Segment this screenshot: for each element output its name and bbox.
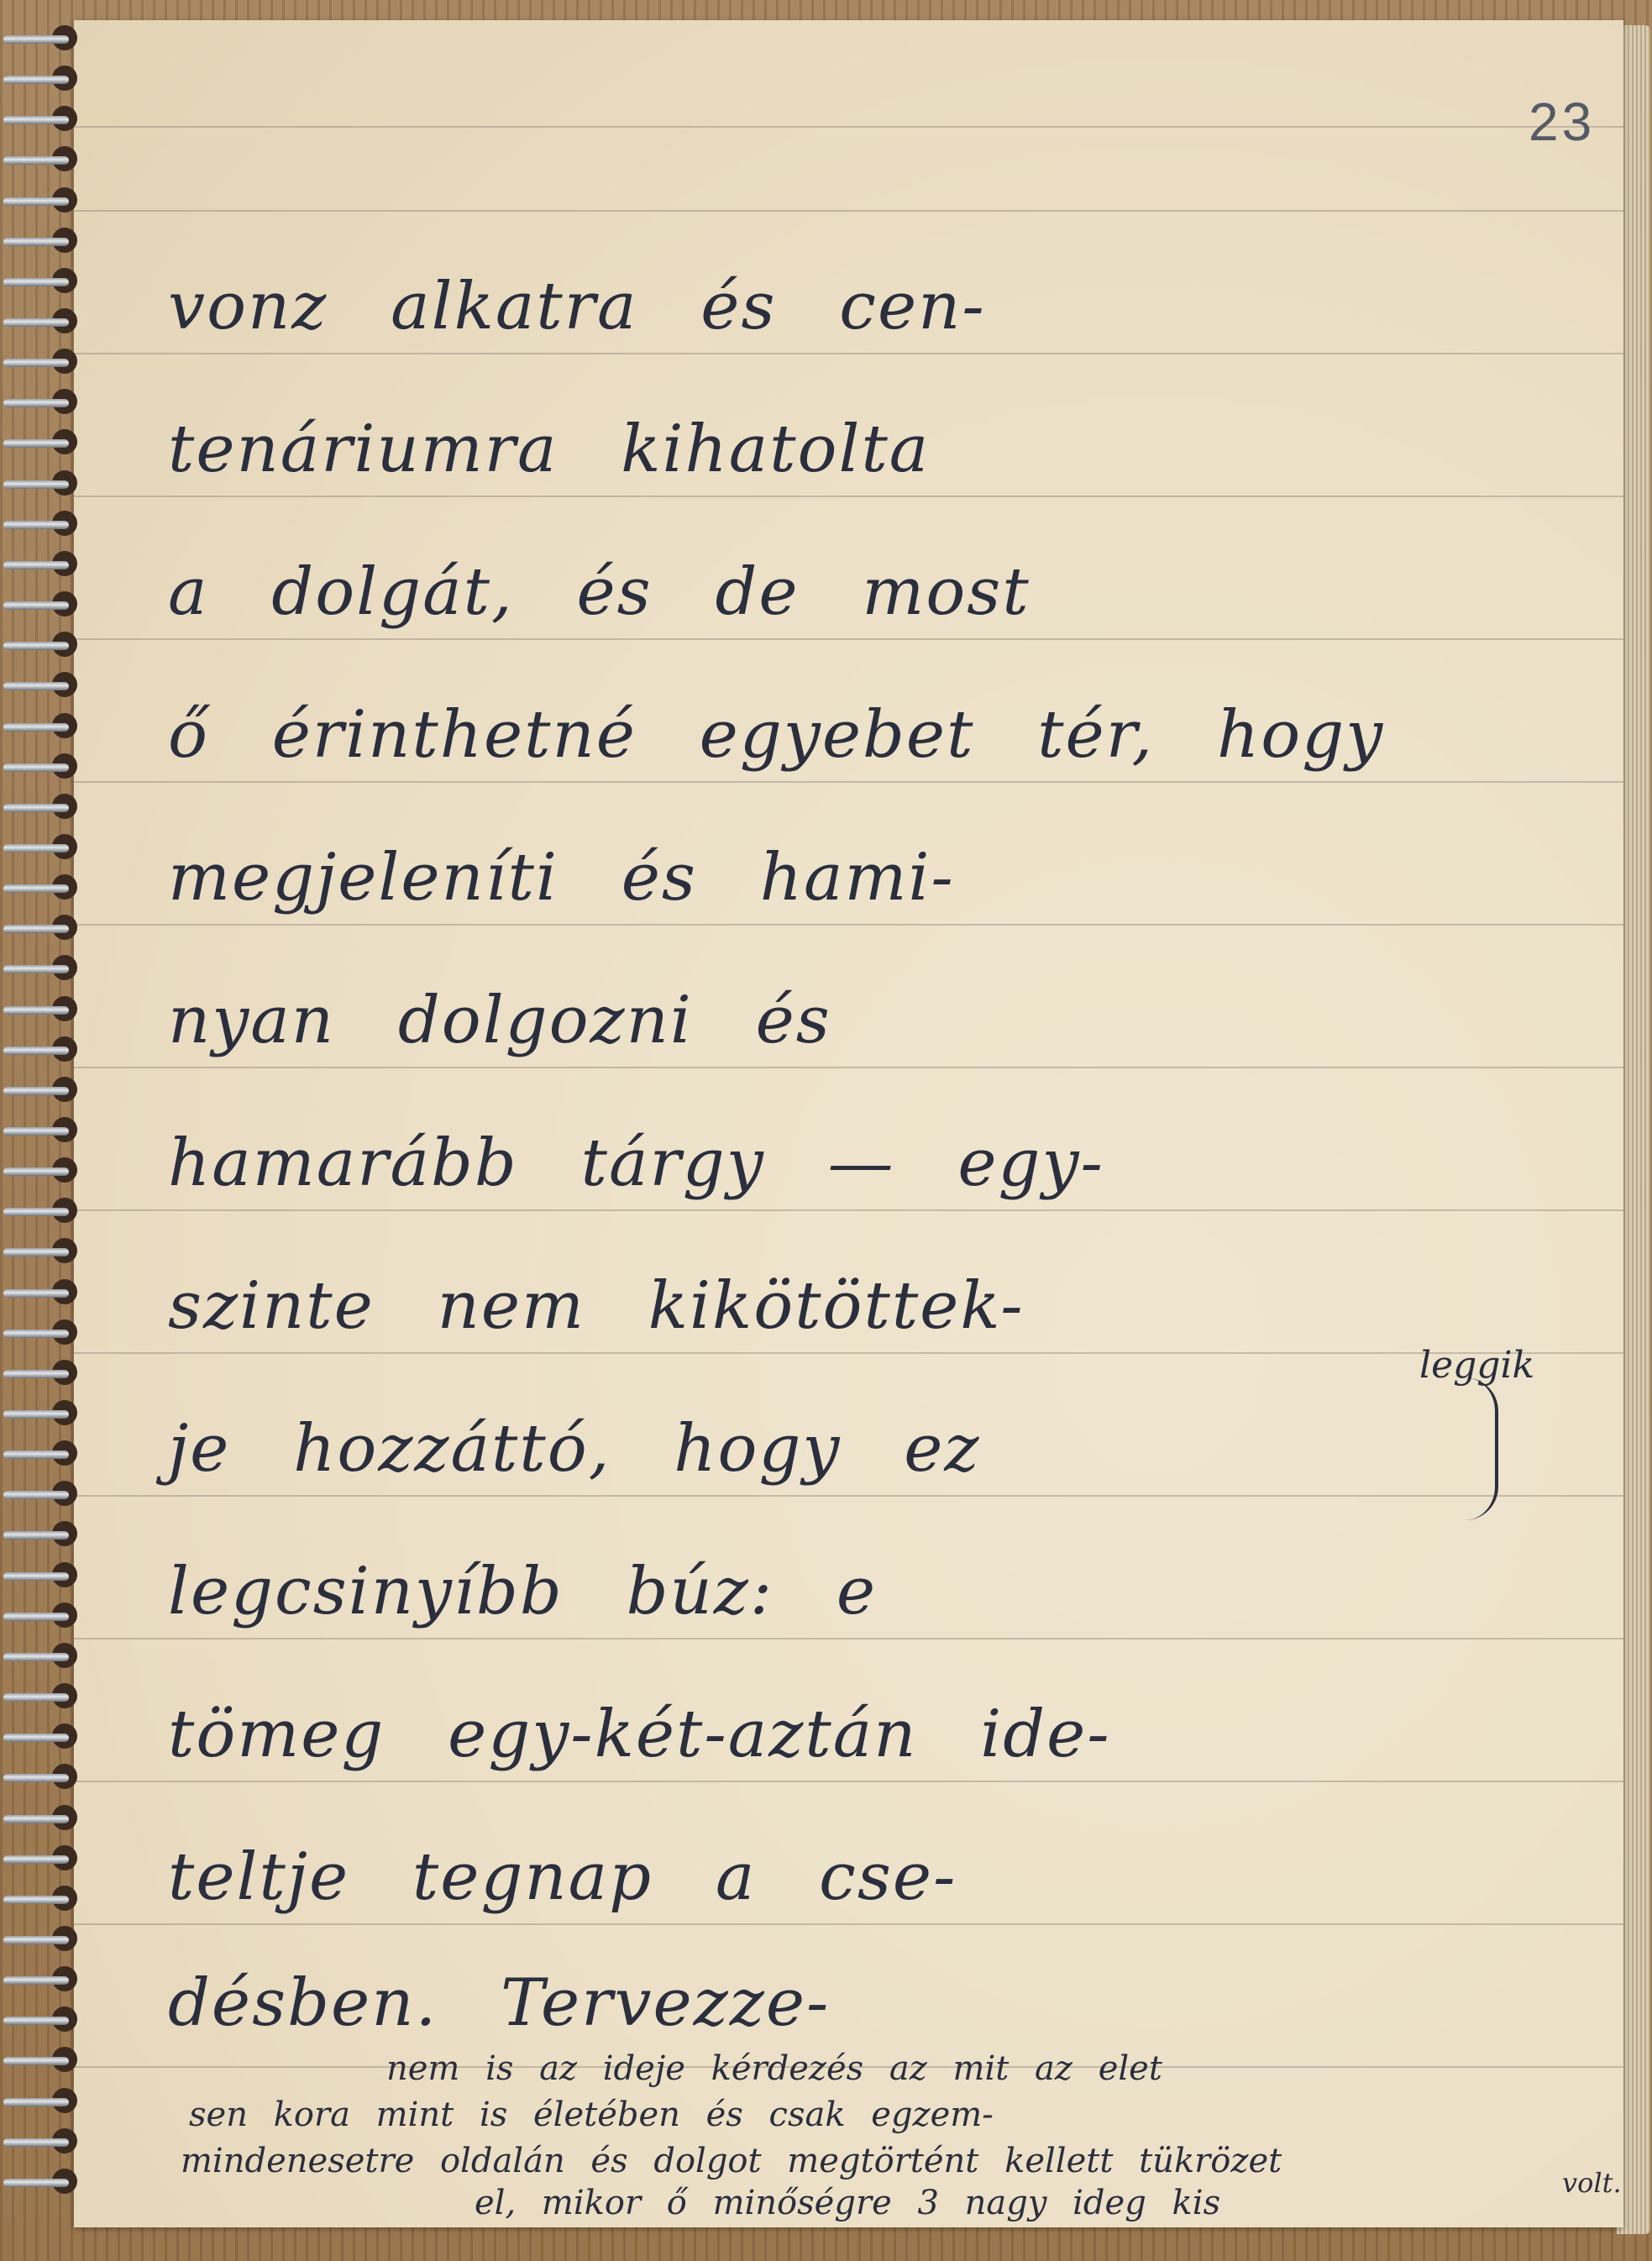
ruled-line [74,1067,1623,1068]
spiral-coil [3,1208,69,1216]
spiral-coil [3,156,69,165]
spiral-coil [3,2057,69,2065]
spiral-coil [3,35,69,44]
spiral-coil [3,561,69,569]
spiral-coil [3,238,69,246]
spiral-coil [3,1936,69,1944]
handwritten-line: ő érinthetné egyebet tér, hogy [168,697,1562,773]
ruled-line [74,638,1623,640]
handwritten-line: tömeg egy-két-aztán ide- [168,1697,1562,1772]
ruled-line [74,496,1623,497]
handwritten-line: szinte nem kikötöttek- [168,1268,1562,1344]
ruled-line [74,210,1623,212]
handwritten-line: vonz alkatra és cen- [168,269,1562,344]
spiral-coil [3,804,69,812]
spiral-coil [3,1289,69,1298]
spiral-coil [3,1855,69,1864]
spiral-coil [3,1006,69,1015]
spiral-coil [3,1491,69,1499]
insertion-bracket [1461,1377,1498,1520]
spiral-coil [3,197,69,206]
spiral-coil [3,1451,69,1459]
spiral-coil [3,1896,69,1904]
handwritten-line: nyan dolgozni és [168,983,1562,1058]
ruled-line [74,1638,1623,1639]
ruled-line [74,1352,1623,1354]
footnote-margin-note: volt. [1562,2167,1622,2199]
spiral-coil [3,1976,69,1985]
spiral-coil [3,1693,69,1702]
spiral-coil [3,1572,69,1581]
spiral-coil [3,278,69,286]
spiral-coil [3,480,69,489]
ruled-line [74,1209,1623,1211]
spiral-coil [3,399,69,407]
footnote-line: sen kora mint is életében és csak egzem- [189,2096,994,2134]
ruled-line [74,353,1623,354]
spiral-coil [3,116,69,124]
handwritten-line: hamarább tárgy — egy- [168,1125,1562,1201]
spiral-coil [3,1815,69,1823]
handwritten-line: a dolgát, és de most [168,554,1562,630]
spiral-coil [3,1410,69,1419]
ruled-line [74,126,1623,128]
spiral-coil [3,965,69,973]
ruled-line [74,1781,1623,1782]
spiral-coil [3,642,69,650]
spiral-coil [3,1167,69,1176]
footnote-line: el, mikor ő minőségre 3 nagy ideg kis [475,2184,1220,2222]
spiral-coil [3,2179,69,2187]
spiral-coil [3,1248,69,1256]
spiral-coil [3,1370,69,1378]
spiral-coil [3,318,69,327]
spiral-coil [3,723,69,732]
spiral-coil [3,601,69,610]
spiral-coil [3,359,69,367]
ruled-line [74,924,1623,926]
handwritten-line: megjeleníti és hami- [168,840,1562,915]
spiral-coil [3,2098,69,2106]
spiral-coil [3,763,69,772]
spiral-coil [3,439,69,448]
spiral-coil [3,682,69,690]
spiral-coil [3,1531,69,1540]
spiral-coil [3,2138,69,2147]
spiral-coil [3,1774,69,1782]
spiral-coil [3,1330,69,1338]
spiral-coil [3,76,69,84]
ruled-line [74,781,1623,783]
handwritten-line: tenáriumra kihatolta [168,412,1562,487]
spiral-coil [3,2017,69,2025]
footnote-line: nem is az ideje kérdezés az mit az elet [386,2049,1162,2088]
spiral-coil [3,925,69,933]
spiral-coil [3,1127,69,1136]
spiral-coil [3,844,69,852]
ruled-line [74,1495,1623,1497]
handwritten-line: legcsinyíbb búz: e [168,1554,1562,1629]
spiral-coil [3,1613,69,1621]
page-number: 23 [1529,91,1595,153]
spiral-coil [3,521,69,529]
handwritten-line: je hozzáttó, hogy ez [168,1411,1562,1487]
ruled-line [74,1923,1623,1925]
handwritten-line: teltje tegnap a cse- [168,1839,1562,1915]
spiral-coil [3,1047,69,1055]
spiral-coil [3,884,69,893]
spiral-coil [3,1734,69,1742]
spiral-coil [3,1653,69,1661]
spiral-coil [3,1087,69,1095]
handwritten-line: désben. Tervezze- [168,1965,1562,2041]
footnote-line: mindenesetre oldalán és dolgot megtörtén… [181,2142,1282,2180]
